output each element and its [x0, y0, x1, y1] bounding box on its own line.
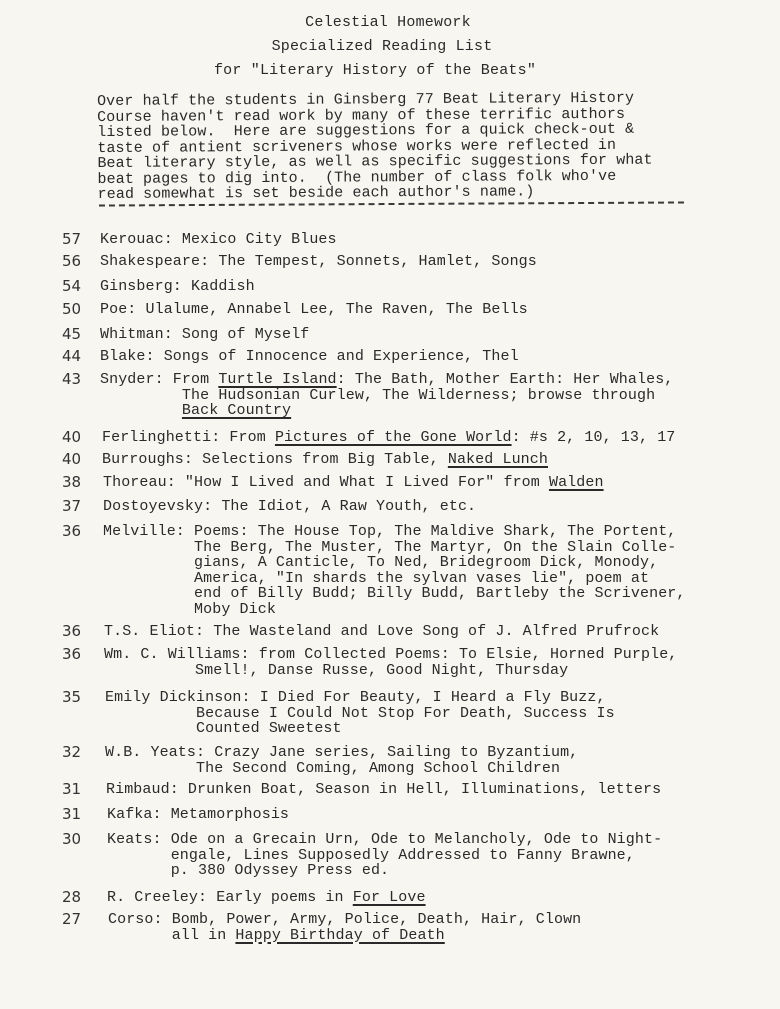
reader-count: 56	[62, 254, 88, 270]
reader-count: 40	[62, 452, 88, 468]
entry-text: Wm. C. Williams: from Collected Poems: T…	[104, 646, 677, 679]
entry-text: Ferlinghetti: From	[102, 429, 275, 446]
reader-count: 54	[62, 279, 88, 295]
entry-text: Shakespeare: The Tempest, Sonnets, Hamle…	[100, 253, 537, 270]
underlined-title: Happy Birthday of Death	[235, 927, 444, 944]
entry-text: T.S. Eliot: The Wasteland and Love Song …	[104, 623, 659, 640]
typewritten-page: Celestial Homework Specialized Reading L…	[0, 0, 780, 1009]
author-works: T.S. Eliot: The Wasteland and Love Song …	[104, 624, 659, 640]
page-subtitle: Specialized Reading List	[0, 38, 772, 55]
course-title: for "Literary History of the Beats"	[0, 62, 765, 79]
entry-text: W.B. Yeats: Crazy Jane series, Sailing t…	[105, 744, 578, 777]
entry-text: Keats: Ode on a Grecain Urn, Ode to Mela…	[107, 831, 662, 879]
author-works: Kafka: Metamorphosis	[107, 807, 289, 823]
author-works: Snyder: From Turtle Island: The Bath, Mo…	[100, 372, 673, 419]
underlined-title: Back Country	[182, 402, 291, 419]
reader-count: 40	[62, 430, 88, 446]
underlined-title: For Love	[353, 889, 426, 906]
entry-text: Thoreau: "How I Lived and What I Lived F…	[103, 474, 549, 491]
entry-text: Blake: Songs of Innocence and Experience…	[100, 348, 519, 365]
entry-text: Rimbaud: Drunken Boat, Season in Hell, I…	[106, 781, 661, 798]
reader-count: 27	[62, 912, 88, 928]
author-works: Corso: Bomb, Power, Army, Police, Death,…	[108, 912, 581, 943]
intro-paragraph: Over half the students in Ginsberg 77 Be…	[97, 90, 718, 202]
author-works: Dostoyevsky: The Idiot, A Raw Youth, etc…	[103, 499, 476, 515]
underlined-title: Naked Lunch	[448, 451, 548, 468]
reader-count: 36	[62, 647, 88, 663]
entry-text: Snyder: From	[100, 371, 218, 388]
reader-count: 38	[62, 475, 88, 491]
reader-count: 43	[62, 372, 88, 388]
reader-count: 31	[62, 807, 88, 823]
reader-count: 28	[62, 890, 88, 906]
author-works: Blake: Songs of Innocence and Experience…	[100, 349, 519, 365]
author-works: Kerouac: Mexico City Blues	[100, 232, 337, 248]
entry-text: R. Creeley: Early poems in	[107, 889, 353, 906]
reader-count: 35	[62, 690, 88, 706]
author-works: Burroughs: Selections from Big Table, Na…	[102, 452, 548, 468]
author-works: Rimbaud: Drunken Boat, Season in Hell, I…	[106, 782, 661, 798]
author-works: Thoreau: "How I Lived and What I Lived F…	[103, 475, 604, 491]
reader-count: 36	[62, 524, 88, 540]
reader-count: 50	[62, 302, 88, 318]
reader-count: 37	[62, 499, 88, 515]
author-works: W.B. Yeats: Crazy Jane series, Sailing t…	[105, 745, 578, 776]
entry-text: Poe: Ulalume, Annabel Lee, The Raven, Th…	[100, 301, 528, 318]
entry-text: Ginsberg: Kaddish	[100, 278, 255, 295]
reader-count: 30	[62, 832, 88, 848]
author-works: Whitman: Song of Myself	[100, 327, 309, 343]
author-works: Emily Dickinson: I Died For Beauty, I He…	[105, 690, 615, 737]
reader-count: 31	[62, 782, 88, 798]
page-title: Celestial Homework	[0, 14, 778, 31]
author-works: Wm. C. Williams: from Collected Poems: T…	[104, 647, 677, 678]
entry-text: Kafka: Metamorphosis	[107, 806, 289, 823]
author-works: Ferlinghetti: From Pictures of the Gone …	[102, 430, 675, 446]
reader-count: 36	[62, 624, 88, 640]
entry-text: Dostoyevsky: The Idiot, A Raw Youth, etc…	[103, 498, 476, 515]
underlined-title: Walden	[549, 474, 604, 491]
author-works: R. Creeley: Early poems in For Love	[107, 890, 426, 906]
entry-text: : #s 2, 10, 13, 17	[512, 429, 676, 446]
author-works: Shakespeare: The Tempest, Sonnets, Hamle…	[100, 254, 537, 270]
reader-count: 44	[62, 349, 88, 365]
underlined-title: Pictures of the Gone World	[275, 429, 512, 446]
entry-text: Emily Dickinson: I Died For Beauty, I He…	[105, 689, 615, 737]
reader-count: 45	[62, 327, 88, 343]
entry-text: Burroughs: Selections from Big Table,	[102, 451, 448, 468]
entry-text: Whitman: Song of Myself	[100, 326, 309, 343]
author-works: Keats: Ode on a Grecain Urn, Ode to Mela…	[107, 832, 662, 879]
author-works: Poe: Ulalume, Annabel Lee, The Raven, Th…	[100, 302, 528, 318]
author-works: Ginsberg: Kaddish	[100, 279, 255, 295]
author-works: Melville: Poems: The House Top, The Mald…	[103, 524, 686, 617]
entry-text: Kerouac: Mexico City Blues	[100, 231, 337, 248]
reader-count: 32	[62, 745, 88, 761]
entry-text: Melville: Poems: The House Top, The Mald…	[103, 523, 686, 618]
reader-count: 57	[62, 232, 88, 248]
underlined-title: Turtle Island	[218, 371, 336, 388]
